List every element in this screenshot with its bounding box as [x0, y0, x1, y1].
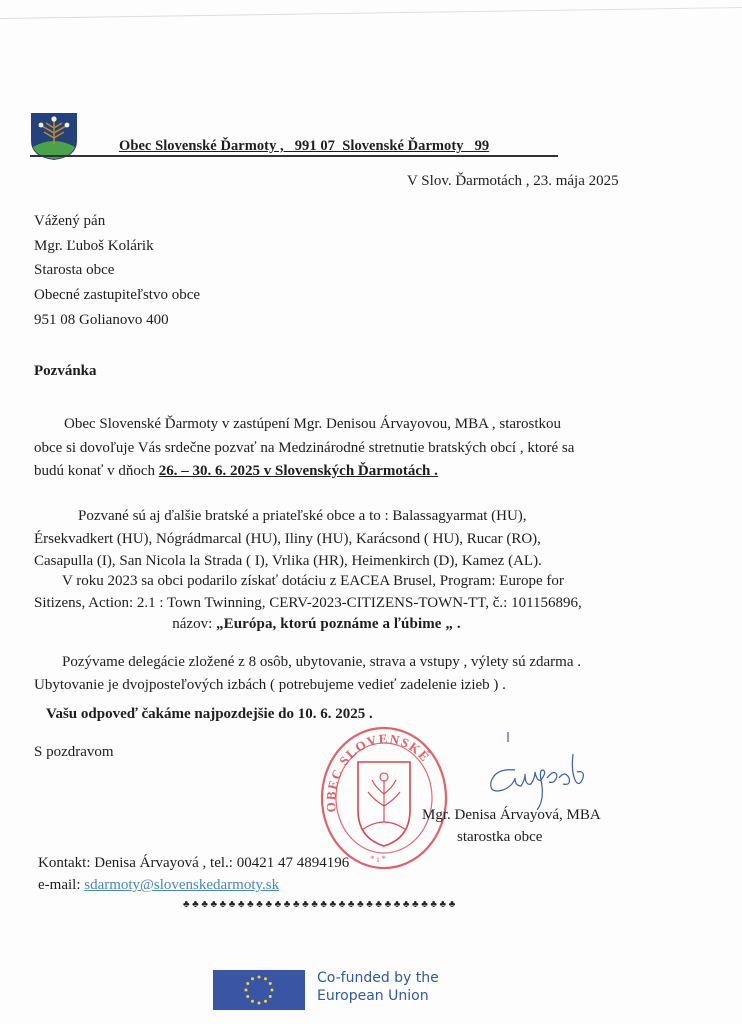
paragraph-line: Érsekvadkert (HU), Nógrádmarcal (HU), Il… — [34, 528, 542, 551]
paragraph-line: Sitizens, Action: 2.1 : Town Twinning, C… — [34, 593, 674, 615]
paragraph-line: Casapulla (I), San Nicola la Strada ( I)… — [34, 550, 542, 573]
eu-funding-text: Co-funded by the European Union — [317, 969, 439, 1005]
eu-funding-line: Co-funded by the — [317, 969, 439, 987]
paragraph-line: Obec Slovenské Ďarmoty v zastúpení Mgr. … — [34, 413, 574, 437]
eu-funding-line: European Union — [317, 987, 439, 1005]
contact-phone: Kontakt: Denisa Árvayová , tel.: 00421 4… — [38, 855, 349, 872]
paragraph-line: Pozývame delegácie zložené z 8 osôb, uby… — [34, 651, 581, 674]
svg-text:* ı *: * ı * — [370, 854, 387, 864]
grant-paragraph: V roku 2023 sa obci podarilo získať dotá… — [34, 571, 674, 636]
official-stamp-icon: OBEC SLOVENSKÉ * ı * — [318, 722, 450, 872]
paragraph-line: obce si dovoľuje Vás srdečne pozvať na M… — [34, 437, 574, 461]
project-title: „Európa, ktorú poznáme a ľúbime „ . — [216, 616, 461, 632]
recipient-address: Vážený pán Mgr. Ľuboš Kolárik Starosta o… — [34, 209, 200, 333]
recipient-city: 951 08 Golianovo 400 — [34, 308, 200, 333]
paragraph-text: budú konať v dňoch — [34, 463, 159, 479]
paragraph-text: názov: — [172, 616, 216, 632]
date-line: V Slov. Ďarmotách , 23. mája 2025 — [407, 173, 619, 190]
paragraph-line: Pozvané sú aj ďalšie bratské a priateľsk… — [34, 505, 542, 528]
letterhead-address: Obec Slovenské Ďarmoty , 991 07 Slovensk… — [119, 138, 489, 155]
coat-of-arms-icon — [29, 111, 79, 161]
email-label: e-mail: — [38, 877, 84, 893]
contact-email: e-mail: sdarmoty@slovenskedarmoty.sk — [38, 877, 279, 894]
signature — [485, 730, 605, 810]
recipient-title: Starosta obce — [34, 258, 200, 283]
paragraph-line: budú konať v dňoch 26. – 30. 6. 2025 v S… — [34, 460, 574, 484]
event-dates: 26. – 30. 6. 2025 v Slovenských Ďarmotác… — [159, 463, 438, 479]
paragraph-line: názov: „Európa, ktorú poznáme a ľúbime „… — [34, 614, 599, 636]
partner-towns-paragraph: Pozvané sú aj ďalšie bratské a priateľsk… — [34, 505, 542, 573]
scan-edge-line — [0, 7, 742, 19]
recipient-name: Mgr. Ľuboš Kolárik — [34, 234, 200, 259]
email-link[interactable]: sdarmoty@slovenskedarmoty.sk — [84, 877, 279, 893]
svg-text:OBEC SLOVENSKÉ: OBEC SLOVENSKÉ — [323, 731, 433, 813]
recipient-organization: Obecné zastupiteľstvo obce — [34, 283, 200, 308]
signatory-name: Mgr. Denisa Árvayová, MBA — [422, 807, 601, 824]
recipient-salutation: Vážený pán — [34, 209, 200, 234]
signatory-role: starostka obce — [457, 829, 542, 846]
eu-flag-icon — [213, 970, 305, 1010]
reply-deadline: Vašu odpoveď čakáme najpozdejšie do 10. … — [46, 706, 373, 723]
closing-greeting: S pozdravom — [34, 744, 114, 761]
paragraph-line: Ubytovanie je dvojposteľových izbách ( p… — [34, 674, 581, 697]
letterhead-rule — [30, 155, 558, 157]
delegation-paragraph: Pozývame delegácie zložené z 8 osôb, uby… — [34, 651, 581, 696]
invitation-paragraph: Obec Slovenské Ďarmoty v zastúpení Mgr. … — [34, 413, 574, 484]
paragraph-line: V roku 2023 sa obci podarilo získať dotá… — [34, 571, 674, 593]
decorative-ornament-row: ♣♣♣♣♣♣♣♣♣♣♣♣♣♣♣♣♣♣♣♣♣♣♣♣♣♣♣♣♣♣ — [183, 899, 458, 910]
letter-heading: Pozvánka — [34, 363, 97, 380]
